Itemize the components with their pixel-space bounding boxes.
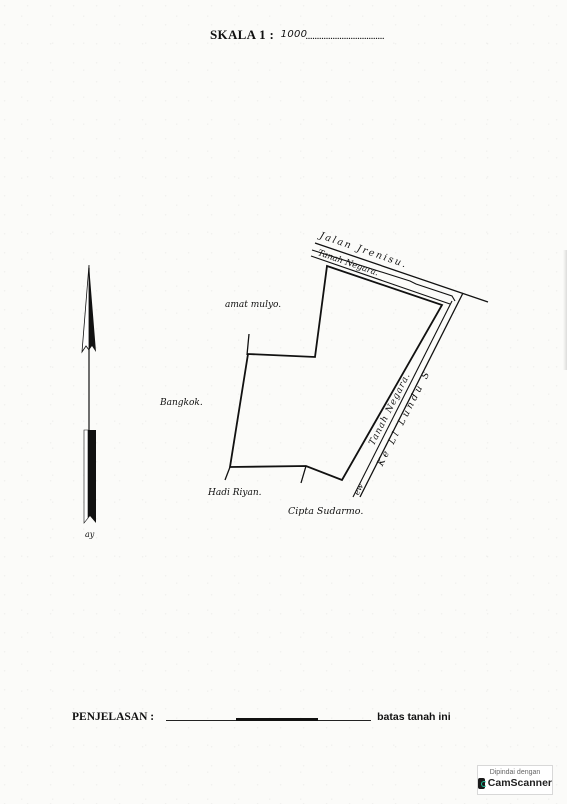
neighbor-divider-south	[301, 466, 306, 483]
road-lines	[311, 243, 488, 497]
label-neighbor-west: Bangkok.	[160, 398, 203, 408]
neighbor-divider-south-west	[225, 467, 230, 480]
watermark-brand-text: CamScanner	[488, 777, 552, 789]
camscanner-logo-icon	[478, 778, 485, 789]
survey-map-page: SKALA 1 : 1000..........................…	[0, 0, 567, 804]
north-arrow-icon	[82, 265, 96, 523]
legend-description: batas tanah ini	[377, 711, 451, 723]
neighbor-divider-west	[247, 334, 249, 355]
legend: PENJELASAN : batas tanah ini	[72, 711, 451, 723]
label-neighbor-south-west: Hadi Riyan.	[208, 488, 261, 498]
watermark-top-text: Dipindai dengan	[478, 769, 552, 776]
parcel-boundary	[230, 266, 442, 480]
parcel-map	[0, 0, 567, 804]
north-arrow-mark: ay	[85, 530, 94, 539]
camscanner-watermark: Dipindai dengan CamScanner	[477, 765, 553, 795]
watermark-brand: CamScanner	[478, 777, 552, 789]
boundary-line-sample	[236, 718, 318, 721]
label-neighbor-north-west: amat mulyo.	[225, 300, 281, 310]
legend-label: PENJELASAN :	[72, 711, 154, 723]
legend-line-sample	[166, 720, 371, 721]
label-neighbor-south: Cipta Sudarmo.	[288, 506, 363, 517]
